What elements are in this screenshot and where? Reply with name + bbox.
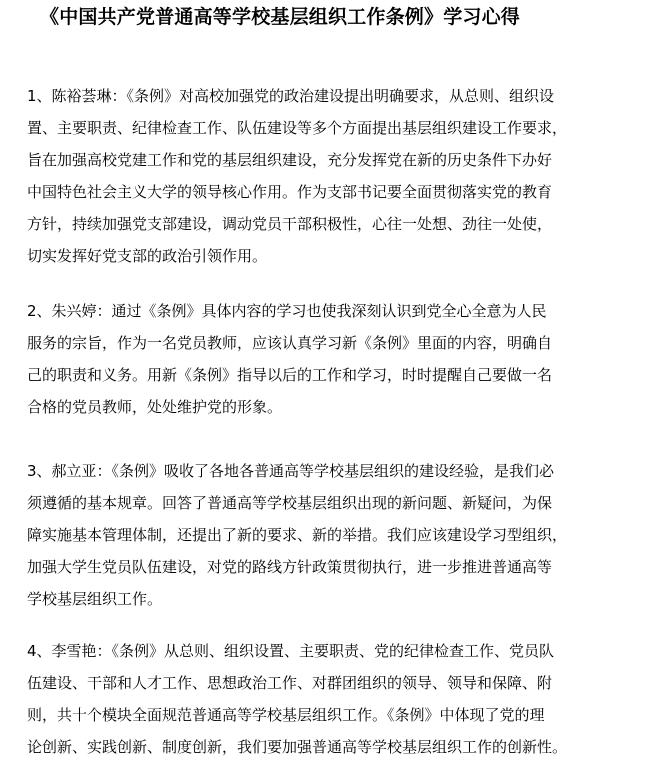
paragraph-line: 则，共十个模块全面规范普通高等学校基层组织工作。《条例》中体现了党的理 (27, 699, 627, 731)
paragraph-line: 障实施基本管理体制，还提出了新的要求、新的举措。我们应该建设学习型组织， (27, 519, 627, 551)
paragraph-line: 须遵循的基本规章。回答了普通高等学校基层组织出现的新问题、新疑问，为保 (27, 487, 627, 519)
document-title: 《中国共产党普通高等学校基层组织工作条例》学习心得 (40, 4, 640, 30)
paragraph-line: 服务的宗旨，作为一名党员教师，应该认真学习新《条例》里面的内容，明确自 (27, 327, 627, 359)
paragraph-line: 己的职责和义务。用新《条例》指导以后的工作和学习，时时提醒自己要做一名 (27, 359, 627, 391)
paragraph-line: 学校基层组织工作。 (27, 583, 627, 615)
paragraph-3: 3、郝立亚：《条例》吸收了各地各普通高等学校基层组织的建设经验，是我们必 须遵循… (27, 455, 627, 615)
paragraph-line: 2、朱兴婷：通过《条例》具体内容的学习也使我深刻认识到党全心全意为人民 (27, 295, 627, 327)
paragraph-line: 伍建设、干部和人才工作、思想政治工作、对群团组织的领导、领导和保障、附 (27, 667, 627, 699)
paragraph-line: 4、李雪艳：《条例》从总则、组织设置、主要职责、党的纪律检查工作、党员队 (27, 635, 627, 667)
paragraph-line: 置、主要职责、纪律检查工作、队伍建设等多个方面提出基层组织建设工作要求， (27, 112, 627, 144)
paragraph-4: 4、李雪艳：《条例》从总则、组织设置、主要职责、党的纪律检查工作、党员队 伍建设… (27, 635, 627, 763)
paragraph-line: 1、陈裕荟琳：《条例》对高校加强党的政治建设提出明确要求，从总则、组织设 (27, 80, 627, 112)
paragraph-line: 方针，持续加强党支部建设，调动党员干部积极性，心往一处想、劲往一处使， (27, 208, 627, 240)
paragraph-line: 加强大学生党员队伍建设，对党的路线方针政策贯彻执行，进一步推进普通高等 (27, 551, 627, 583)
paragraph-line: 切实发挥好党支部的政治引领作用。 (27, 240, 627, 272)
paragraph-1: 1、陈裕荟琳：《条例》对高校加强党的政治建设提出明确要求，从总则、组织设 置、主… (27, 80, 627, 272)
paragraph-line: 论创新、实践创新、制度创新，我们要加强普通高等学校基层组织工作的创新性。 (27, 731, 627, 763)
paragraph-line: 旨在加强高校党建工作和党的基层组织建设，充分发挥党在新的历史条件下办好 (27, 144, 627, 176)
paragraph-line: 3、郝立亚：《条例》吸收了各地各普通高等学校基层组织的建设经验，是我们必 (27, 455, 627, 487)
paragraph-2: 2、朱兴婷：通过《条例》具体内容的学习也使我深刻认识到党全心全意为人民 服务的宗… (27, 295, 627, 423)
paragraph-line: 中国特色社会主义大学的领导核心作用。作为支部书记要全面贯彻落实党的教育 (27, 176, 627, 208)
paragraph-line: 合格的党员教师，处处维护党的形象。 (27, 391, 627, 423)
